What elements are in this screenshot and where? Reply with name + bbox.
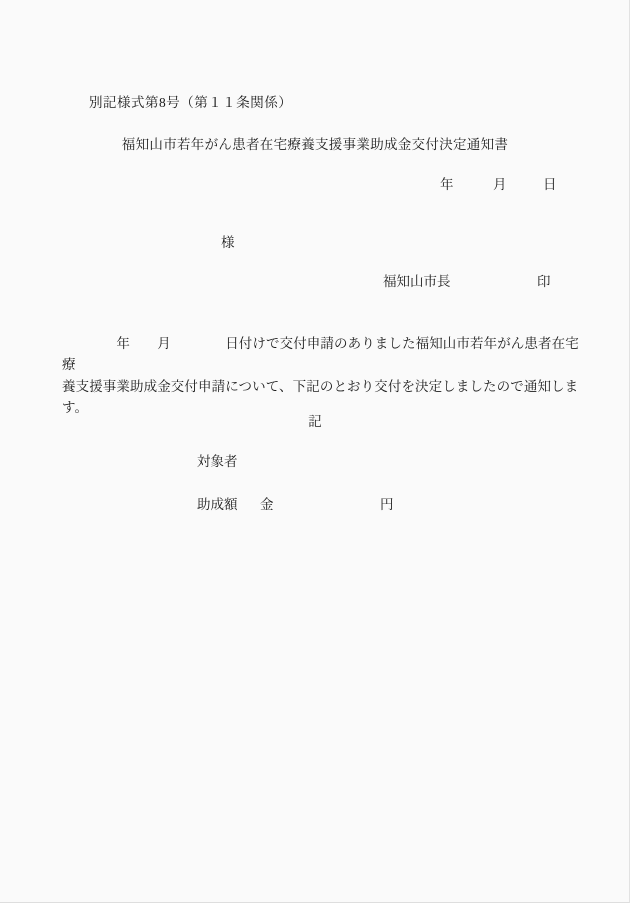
- grant-label: 助成額: [197, 495, 238, 515]
- sender-name: 福知山市長: [383, 272, 451, 292]
- form-number: 別記様式第8号（第１１条関係）: [89, 93, 292, 113]
- currency-prefix-label: 金: [260, 495, 274, 515]
- sender-line: 福知山市長 印: [0, 272, 630, 292]
- record-marker: 記: [0, 412, 630, 432]
- addressee-suffix: 様: [221, 233, 235, 253]
- date-line: 年 月 日: [0, 175, 630, 195]
- date-year-label: 年: [440, 175, 454, 195]
- recipient-label: 対象者: [197, 452, 238, 472]
- body-paragraph: 年 月 日付けで交付申請のありました福知山市若年がん患者在宅療 養支援事業助成金…: [62, 333, 582, 419]
- grant-amount-line: 助成額 金 円: [0, 495, 630, 515]
- document-title: 福知山市若年がん患者在宅療養支援事業助成金交付決定通知書: [0, 135, 630, 155]
- date-day-label: 日: [543, 175, 557, 195]
- document-page: 別記様式第8号（第１１条関係） 福知山市若年がん患者在宅療養支援事業助成金交付決…: [0, 0, 630, 903]
- seal-mark: 印: [537, 272, 551, 292]
- date-month-label: 月: [493, 175, 507, 195]
- currency-suffix-label: 円: [380, 495, 394, 515]
